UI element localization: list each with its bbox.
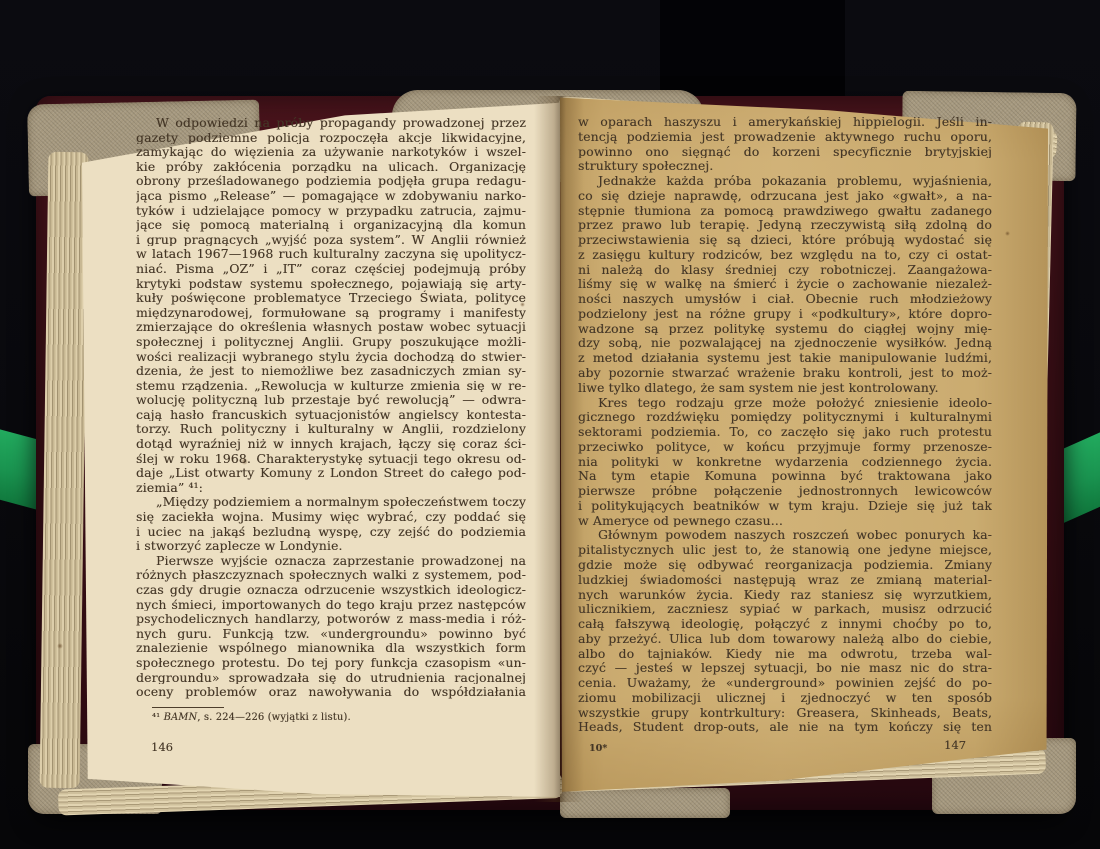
text-line: ności naszych umysłów i ciał. Obecnie ru… — [578, 291, 992, 306]
footnote: ⁴¹ BAMN, s. 224—226 (wyjątki z listu). — [152, 712, 526, 723]
text-line: liwe tylko dlatego, że sam system nie je… — [578, 380, 992, 395]
text-line: gazety podziemne policja rozpoczęła akcj… — [136, 130, 526, 145]
text-line: torzy. Ruch polityczny i kulturalny w An… — [136, 421, 526, 436]
text-line: co się dzieje naprawdę, odrzucana jest j… — [578, 188, 992, 203]
text-line: struktury społecznej. — [578, 158, 992, 173]
text-line: przeciwko polityce, w końcu przyjmuje fo… — [578, 439, 992, 454]
right-page-lines: w oparach haszyszu i amerykańskiej hippi… — [578, 114, 992, 734]
text-line: oceny problemów oraz nawoływania do wspó… — [136, 684, 526, 699]
text-line: wszystkie grupy kontrkultury: Greasera, … — [578, 705, 992, 720]
text-line: cają hasło francuskich sytuacjonistów an… — [136, 407, 526, 422]
stain-speck — [1005, 231, 1010, 236]
text-line: albo do tajniaków. Kiedy nie ma odwrotu,… — [578, 646, 992, 661]
footnote-rule — [152, 707, 224, 708]
text-line: nych warunków życia. Kiedy raz staniesz … — [578, 587, 992, 602]
text-line: gdzie może się odbywać reorganizacja pod… — [578, 557, 992, 572]
text-line: krytyki podstaw systemu społecznego, poj… — [136, 276, 526, 291]
text-line: nych guru. Funkcją tzw. «undergroundu» p… — [136, 626, 526, 641]
stain-speck — [57, 643, 63, 649]
text-line: aby przeżyć. Ulica lub dom towarowy nale… — [578, 631, 992, 646]
photo-of-open-book: W odpowiedzi na próby propagandy prowadz… — [0, 0, 1100, 849]
text-line: W odpowiedzi na próby propagandy prowadz… — [136, 115, 526, 130]
text-line: nia polityki w konkretne wydarzenia codz… — [578, 454, 992, 469]
text-line: Pierwsze wyjście oznacza zaprzestanie pr… — [136, 553, 526, 568]
right-page-text: w oparach haszyszu i amerykańskiej hippi… — [578, 114, 992, 734]
cloth-spine-bottom — [560, 788, 730, 818]
text-line: pitalistycznych ulic jest to, że stanowi… — [578, 542, 992, 557]
text-line: ziemia” ⁴¹: — [136, 480, 526, 495]
text-line: aby pozornie stwarzać wrażenie braku kon… — [578, 365, 992, 380]
text-line: międzynarodowej, formułowane są programy… — [136, 305, 526, 320]
text-line: podzielony jest na różne grupy i «podkul… — [578, 306, 992, 321]
text-line: stemu rządzenia. „Rewolucja w kulturze z… — [136, 378, 526, 393]
text-line: całą fałszywą ideologię, połączyć z inny… — [578, 616, 992, 631]
text-line: tencją podziemia jest prowadzenie aktywn… — [578, 129, 992, 144]
text-line: i politykujących beatników w tym kraju. … — [578, 498, 992, 513]
text-line: sektorami podziemia. To, co zaczęło się … — [578, 424, 992, 439]
text-line: ludzkiej świadomości następują wraz ze z… — [578, 572, 992, 587]
text-line: zamykając do więzienia za używanie narko… — [136, 144, 526, 159]
text-line: Na tym etapie Komuna powinna być traktow… — [578, 468, 992, 483]
text-line: społecznego protestu. Do tej pory funkcj… — [136, 655, 526, 670]
text-line: z zasięgu kultury rodziców, bez względu … — [578, 247, 992, 262]
text-line: i grup pragnących „wyjść poza system”. W… — [136, 232, 526, 247]
text-line: wości realizacji wybranego stylu życia d… — [136, 349, 526, 364]
text-line: pierwsze próbne połączenie jednostronnyc… — [578, 483, 992, 498]
text-line: z metod działania systemu jest takie man… — [578, 350, 992, 365]
text-line: w oparach haszyszu i amerykańskiej hippi… — [578, 114, 992, 129]
text-line: wadzone są przez politykę systemu do cią… — [578, 321, 992, 336]
text-line: i stworzyć zaplecze w Londynie. — [136, 538, 526, 553]
text-line: stępnie tłumiona za pomocą prawdziwego g… — [578, 203, 992, 218]
text-line: w latach 1967—1968 ruch kulturalny zaczy… — [136, 246, 526, 261]
text-line: ulicznikiem, zaczniesz sypiać w parkach,… — [578, 601, 992, 616]
text-line: zmierzające do określenia własnych posta… — [136, 319, 526, 334]
text-line: nych śmieci, importowanych do tego kraju… — [136, 597, 526, 612]
text-line: dergroundu» sprowadzała się do utrudnien… — [136, 670, 526, 685]
text-line: w Ameryce od pewnego czasu... — [578, 513, 992, 528]
text-line: jąca pismo „Release” — pomagające w zdob… — [136, 188, 526, 203]
left-page-lines: W odpowiedzi na próby propagandy prowadz… — [136, 115, 526, 699]
text-line: Kres tego rodzaju grze może położyć znie… — [578, 395, 992, 410]
text-line: różnych płaszczyznach społecznych walki … — [136, 567, 526, 582]
text-line: i uciec na jakąś bezludną wyspę, czy zej… — [136, 524, 526, 539]
text-line: cenia. Uważamy, że «underground» powinie… — [578, 675, 992, 690]
text-line: daje „List otwarty Komuny z London Stree… — [136, 465, 526, 480]
text-line: obrony prześladowanego podziemia podjęła… — [136, 173, 526, 188]
text-line: „Między podziemiem a normalnym społeczeń… — [136, 494, 526, 509]
text-line: ślej w roku 1968. Charakterystykę sytuac… — [136, 451, 526, 466]
text-line: wolucję polityczną lub przestaje być rew… — [136, 392, 526, 407]
text-line: przeciwstawienia się są dzieci, które pr… — [578, 232, 992, 247]
text-line: przez prawo lub terapię. Jedyną rzeczywi… — [578, 217, 992, 232]
text-line: czyć — jesteś w lepszej sytuacji, bo nie… — [578, 660, 992, 675]
text-line: powinno ono sięgnąć do korzeni specyficz… — [578, 144, 992, 159]
text-line: kuły poświęcone problematyce Trzeciego Ś… — [136, 290, 526, 305]
text-line: Głównym powodem naszych roszczeń wobec p… — [578, 527, 992, 542]
text-line: gicznego rozdźwięku pomiędzy politycznym… — [578, 409, 992, 424]
footnote-rest: , s. 224—226 (wyjątki z listu). — [197, 712, 351, 723]
text-line: psychodelicznych handlarzy, potworów z m… — [136, 611, 526, 626]
footnote-marker: ⁴¹ — [152, 712, 164, 723]
footnote-source: BAMN — [164, 712, 198, 723]
text-line: kie próby zakłócenia porządku na ulicach… — [136, 159, 526, 174]
signature-mark: 10* — [589, 743, 607, 754]
page-number-right: 147 — [928, 738, 966, 752]
text-line: dotąd wyraźniej niż w innych krajach, łą… — [136, 436, 526, 451]
text-line: społecznej i politycznej Anglii. Grupy p… — [136, 334, 526, 349]
page-number-left: 146 — [151, 740, 173, 754]
text-line: Heads, Student drop-outs, ale nie na tym… — [578, 719, 992, 734]
text-line: Jednakże każda próba pokazania problemu,… — [578, 173, 992, 188]
left-page-text: W odpowiedzi na próby propagandy prowadz… — [136, 115, 526, 723]
text-line: niać. Pisma „OZ” i „IT” coraz częściej p… — [136, 261, 526, 276]
text-line: znalezienie wspólnego mianownika dla wsz… — [136, 640, 526, 655]
text-line: jące się pomocą materialną i organizacyj… — [136, 217, 526, 232]
text-line: ni należą do klasy średniej czy robotnic… — [578, 262, 992, 277]
text-line: czas gdy drugie oznacza odrzucenie wszys… — [136, 582, 526, 597]
text-line: ziomu mobilizacji ulicznej i zjednoczyć … — [578, 690, 992, 705]
text-line: się zaciekła wojna. Musimy więc wybrać, … — [136, 509, 526, 524]
text-line: liśmy się w walkę na śmierć i życie o za… — [578, 276, 992, 291]
text-line: dzenia, że jest to niemożliwe bez zasadn… — [136, 363, 526, 378]
text-line: tyków i udzielające pomocy w przypadku z… — [136, 203, 526, 218]
text-line: dzy sobą, nie pozwalającej na zjednoczen… — [578, 335, 992, 350]
